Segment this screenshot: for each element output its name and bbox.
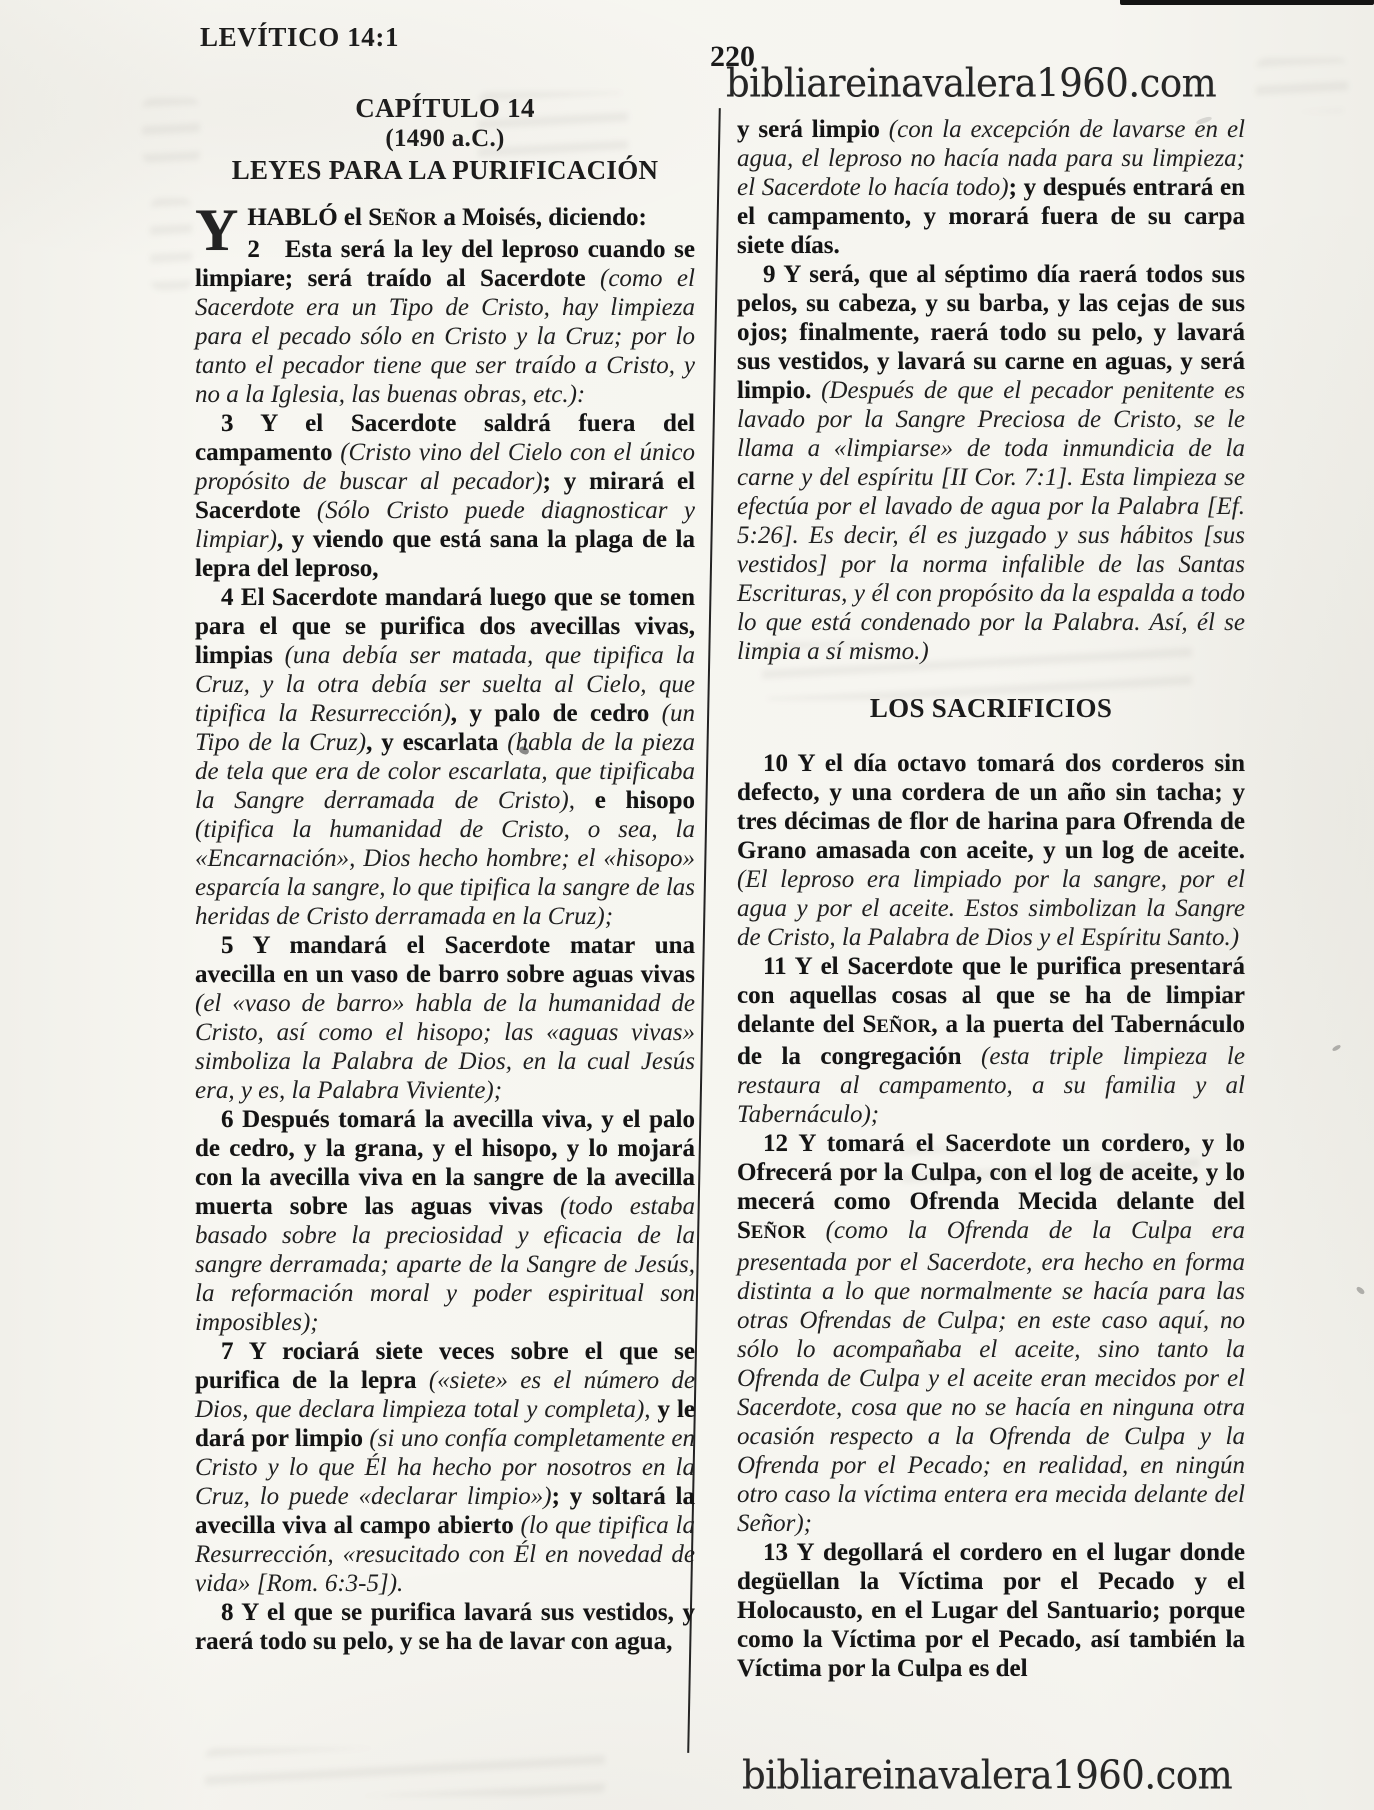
scripture-text: y será limpio <box>737 116 889 143</box>
commentary-text: (el «vaso de barro» habla de la humanida… <box>195 990 695 1104</box>
verse-paragraph: YHABLÓ el SEÑOR a Moisés, diciendo: <box>195 203 695 235</box>
divine-name-smallcaps: SEÑOR <box>737 1217 806 1244</box>
scripture-text: e hisopo <box>575 787 695 814</box>
scripture-text: , y palo de cedro <box>451 700 662 727</box>
scripture-text: 5 Y mandará el Sacerdote matar una aveci… <box>195 932 695 988</box>
right-column-verses-top: y será limpio (con la excepción de lavar… <box>737 115 1245 666</box>
verse-paragraph: 7 Y rociará siete veces sobre el que se … <box>195 1337 695 1598</box>
commentary-text: (como la Ofrenda de la Culpa era present… <box>737 1217 1245 1537</box>
chapter-date: (1490 a.C.) <box>195 124 695 154</box>
scripture-text: 13 Y degollará el cordero en el lugar do… <box>737 1539 1245 1682</box>
divine-name-smallcaps: SEÑOR <box>862 1011 931 1038</box>
verse-paragraph: 2 Esta será la ley del leproso cuando se… <box>195 235 695 409</box>
verse-paragraph: 13 Y degollará el cordero en el lugar do… <box>737 1538 1245 1683</box>
verse-paragraph: 9 Y será, que al séptimo día raerá todos… <box>737 260 1245 666</box>
scripture-text: , y escarlata <box>366 729 507 756</box>
verse-paragraph: 11 Y el Sacerdote que le purifica presen… <box>737 952 1245 1129</box>
left-column-verses: YHABLÓ el SEÑOR a Moisés, diciendo:2 Est… <box>195 203 695 1656</box>
commentary-text: (Después de que el pecador penitente es … <box>737 377 1245 665</box>
verse-paragraph: 6 Después tomará la avecilla viva, y el … <box>195 1105 695 1337</box>
scripture-text: a Moisés, diciendo: <box>437 204 647 231</box>
right-column-verses-bottom: 10 Y el día octavo tomará dos corderos s… <box>737 749 1245 1683</box>
bible-scan-page: LEVÍTICO 14:1 220 bibliareinavalera1960.… <box>0 0 1374 1810</box>
commentary-text: (El leproso era limpiado por la sangre, … <box>737 866 1245 951</box>
commentary-text: (tipifica la humanidad de Cristo, o sea,… <box>195 816 695 930</box>
scripture-text: 10 Y el día octavo tomará dos corderos s… <box>737 750 1245 864</box>
scan-edge-artifact <box>1120 0 1374 5</box>
divine-name-smallcaps: SEÑOR <box>368 204 437 231</box>
verse-paragraph: 10 Y el día octavo tomará dos corderos s… <box>737 749 1245 952</box>
section-heading-sacrificios: LOS SACRIFICIOS <box>737 693 1245 724</box>
bleedthrough-smudge <box>150 198 192 290</box>
watermark-top: bibliareinavalera1960.com <box>726 61 1216 107</box>
verse-paragraph: y será limpio (con la excepción de lavar… <box>737 115 1245 260</box>
scan-speckle <box>1332 1044 1342 1052</box>
right-column: y será limpio (con la excepción de lavar… <box>737 115 1245 1683</box>
scripture-text: 8 Y el que se purifica lavará sus vestid… <box>195 1599 695 1655</box>
verse-paragraph: 12 Y tomará el Sacerdote un cordero, y l… <box>737 1129 1245 1538</box>
left-column: CAPÍTULO 14 (1490 a.C.) LEYES PARA LA PU… <box>195 93 695 1656</box>
chapter-heading: CAPÍTULO 14 <box>195 93 695 124</box>
running-head-book-ref: LEVÍTICO 14:1 <box>200 22 399 53</box>
scripture-text: 12 Y tomará el Sacerdote un cordero, y l… <box>737 1130 1245 1215</box>
watermark-bottom: bibliareinavalera1960.com <box>742 1753 1232 1799</box>
verse-paragraph: 4 El Sacerdote mandará luego que se tome… <box>195 583 695 931</box>
section-heading-purificacion: LEYES PARA LA PURIFICACIÓN <box>195 154 695 187</box>
bleedthrough-smudge <box>1256 58 1348 112</box>
scripture-text: HABLÓ el <box>247 204 368 231</box>
bleedthrough-smudge <box>205 1748 605 1796</box>
bleedthrough-smudge <box>142 98 200 164</box>
drop-cap-initial: Y <box>195 206 247 254</box>
scan-speckle <box>1355 1286 1365 1296</box>
verse-paragraph: 8 Y el que se purifica lavará sus vestid… <box>195 1598 695 1656</box>
verse-paragraph: 3 Y el Sacerdote saldrá fuera del campam… <box>195 409 695 583</box>
verse-paragraph: 5 Y mandará el Sacerdote matar una aveci… <box>195 931 695 1105</box>
